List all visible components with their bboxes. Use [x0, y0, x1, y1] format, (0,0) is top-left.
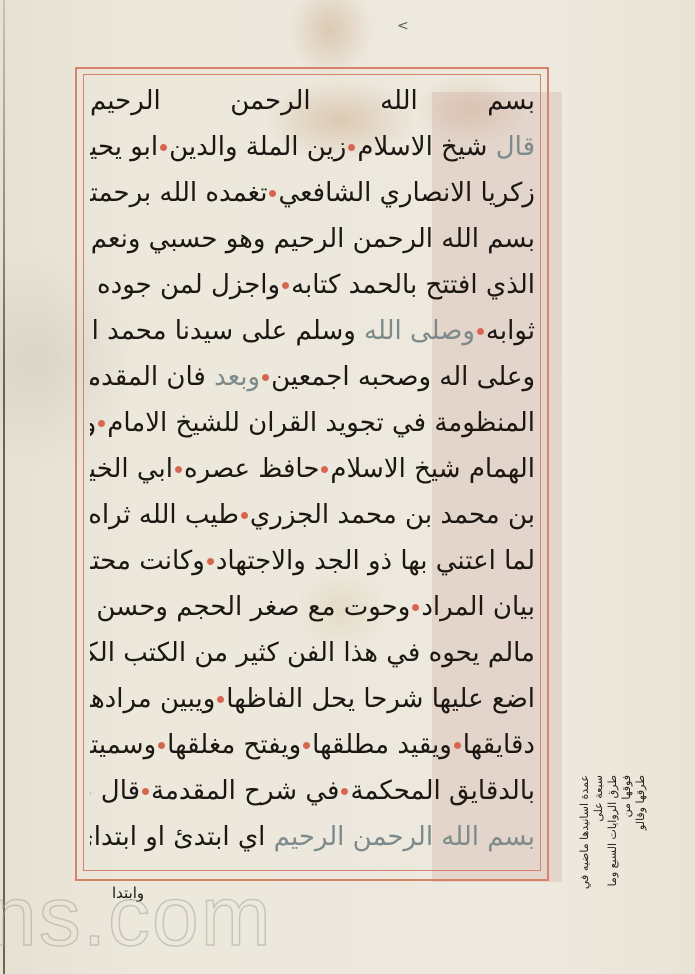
- red-verse-dot-icon: [262, 374, 269, 381]
- red-verse-dot-icon: [98, 420, 105, 427]
- text-segment: في شرح المقدمة: [151, 776, 339, 806]
- manuscript-line: دقايقهاويقيد مطلقهاويفتح مغلقهاوسميته: [90, 722, 535, 768]
- marginal-note-line: عمدة اسانيدها ماضيه في سبعة على: [578, 775, 606, 905]
- text-segment: ثوابه: [486, 316, 535, 346]
- text-segment: دقايقها: [463, 730, 535, 760]
- manuscript-line: بسم الله الرحمن الرحيم: [90, 78, 535, 124]
- red-verse-dot-icon: [158, 742, 165, 749]
- text-segment: بسم الله الرحمن الرحيم: [90, 86, 535, 116]
- text-segment: حافظ عصره: [184, 454, 319, 484]
- red-verse-dot-icon: [477, 328, 484, 335]
- manuscript-line: بيان المرادوحوت مع صغر الحجم وحسن الاختص…: [90, 584, 535, 630]
- text-segment: اي ابتدئ او ابتداي: [90, 822, 274, 852]
- manuscript-line: بسم الله الرحمن الرحيم وهو حسبي ونعم الو…: [90, 216, 535, 262]
- text-segment: ابي الخير: [90, 454, 173, 484]
- rubricated-text: وبعد: [214, 362, 260, 392]
- text-segment: طيب الله ثراه: [90, 500, 239, 530]
- text-segment: وكانت محتاجة الى: [90, 546, 205, 576]
- top-margin-mark: <: [397, 18, 409, 34]
- red-verse-dot-icon: [175, 466, 182, 473]
- red-verse-dot-icon: [282, 282, 289, 289]
- text-segment: شيخ الاسلام: [357, 132, 495, 162]
- text-segment: المنظومة في تجويد القران للشيخ الامام: [107, 408, 535, 438]
- red-verse-dot-icon: [321, 466, 328, 473]
- manuscript-line: وعلى اله وصحبه اجمعينوبعد فان المقدمة: [90, 354, 535, 400]
- text-segment: بسم الله الرحمن الرحيم وهو حسبي ونعم الو…: [90, 224, 535, 254]
- text-segment: زين الملة والدين: [169, 132, 346, 162]
- marginal-note-line: طرقها وقالو: [634, 775, 648, 905]
- binding-gutter-line: [3, 0, 5, 974]
- marginal-note-line: طرق الروايات السبع وما فوقها من: [606, 775, 634, 905]
- manuscript-line: اضع عليها شرحا يحل الفاظهاويبين مرادهاوي…: [90, 676, 535, 722]
- text-segment: والحبر: [90, 408, 96, 438]
- text-segment: فان المقدمة: [90, 362, 214, 392]
- text-segment: زكريا الانصاري الشافعي: [278, 178, 535, 208]
- rubricated-text: بسم الله الرحمن الرحيم: [274, 822, 535, 852]
- rubricated-text: قال: [496, 132, 535, 162]
- manuscript-line: الذي افتتح بالحمد كتابهواجزل لمن جوده وع…: [90, 262, 535, 308]
- manuscript-line: لما اعتني بها ذو الجد والاجتهادوكانت محت…: [90, 538, 535, 584]
- red-verse-dot-icon: [269, 190, 276, 197]
- manuscript-line: زكريا الانصاري الشافعيتغمده الله برحمته …: [90, 170, 535, 216]
- manuscript-line: بن محمد بن محمد الجزريطيب الله ثراهوجعل …: [90, 492, 535, 538]
- text-segment: تغمده الله برحمته بمحمد واله: [90, 178, 267, 208]
- red-verse-dot-icon: [341, 788, 348, 795]
- watermark: ns.com: [0, 868, 273, 965]
- text-segment: وعلى اله وصحبه اجمعين: [271, 362, 535, 392]
- text-segment: مالم يحوه في هذا الفن كثير من الكتب الكب…: [90, 638, 535, 668]
- text-segment: الهمام شيخ الاسلام: [330, 454, 535, 484]
- text-segment: الذي افتتح بالحمد كتابه: [291, 270, 535, 300]
- red-verse-dot-icon: [454, 742, 461, 749]
- text-segment: وسلم على سيدنا محمد الامين: [90, 316, 364, 346]
- red-verse-dot-icon: [217, 696, 224, 703]
- manuscript-text-block: بسم الله الرحمن الرحيمقال شيخ الاسلامزين…: [90, 78, 535, 868]
- manuscript-line: مالم يحوه في هذا الفن كثير من الكتب الكب…: [90, 630, 535, 676]
- text-segment: قال ناظمها: [90, 776, 140, 806]
- red-verse-dot-icon: [241, 512, 248, 519]
- text-segment: واجزل لمن جوده وعمل به: [90, 270, 280, 300]
- manuscript-line: المنظومة في تجويد القران للشيخ الاماموال…: [90, 400, 535, 446]
- text-segment: لما اعتني بها ذو الجد والاجتهاد: [216, 546, 535, 576]
- text-segment: ابو يحيي: [90, 132, 158, 162]
- red-verse-dot-icon: [160, 144, 167, 151]
- red-verse-dot-icon: [207, 558, 214, 565]
- rubricated-text: وصلى الله: [364, 316, 475, 346]
- text-segment: بيان المراد: [421, 592, 535, 622]
- text-segment: ويبين مرادها: [90, 684, 215, 714]
- manuscript-line: بالدقايق المحكمةفي شرح المقدمةقال ناظمها: [90, 768, 535, 814]
- red-verse-dot-icon: [303, 742, 310, 749]
- manuscript-line: بسم الله الرحمن الرحيم اي ابتدئ او ابتدا…: [90, 814, 535, 860]
- text-segment: وسميته: [90, 730, 156, 760]
- marginal-note: عمدة اسانيدها ماضيه في سبعة علىطرق الروا…: [578, 775, 658, 905]
- red-verse-dot-icon: [348, 144, 355, 151]
- text-segment: بالدقايق المحكمة: [350, 776, 535, 806]
- red-verse-dot-icon: [412, 604, 419, 611]
- text-segment: اضع عليها شرحا يحل الفاظها: [226, 684, 535, 714]
- manuscript-line: الهمام شيخ الاسلامحافظ عصرهابي الخيرمحمد: [90, 446, 535, 492]
- text-segment: وحوت مع صغر الحجم وحسن الاختصار: [90, 592, 410, 622]
- manuscript-line: قال شيخ الاسلامزين الملة والدينابو يحيي: [90, 124, 535, 170]
- text-segment: ويقيد مطلقها: [312, 730, 452, 760]
- text-segment: بن محمد بن محمد الجزري: [250, 500, 535, 530]
- red-verse-dot-icon: [142, 788, 149, 795]
- manuscript-page: < بسم الله الرحمن الرحيمقال شيخ الاسلامز…: [0, 0, 695, 974]
- manuscript-line: ثوابهوصلى الله وسلم على سيدنا محمد الامي…: [90, 308, 535, 354]
- text-segment: ويفتح مغلقها: [167, 730, 301, 760]
